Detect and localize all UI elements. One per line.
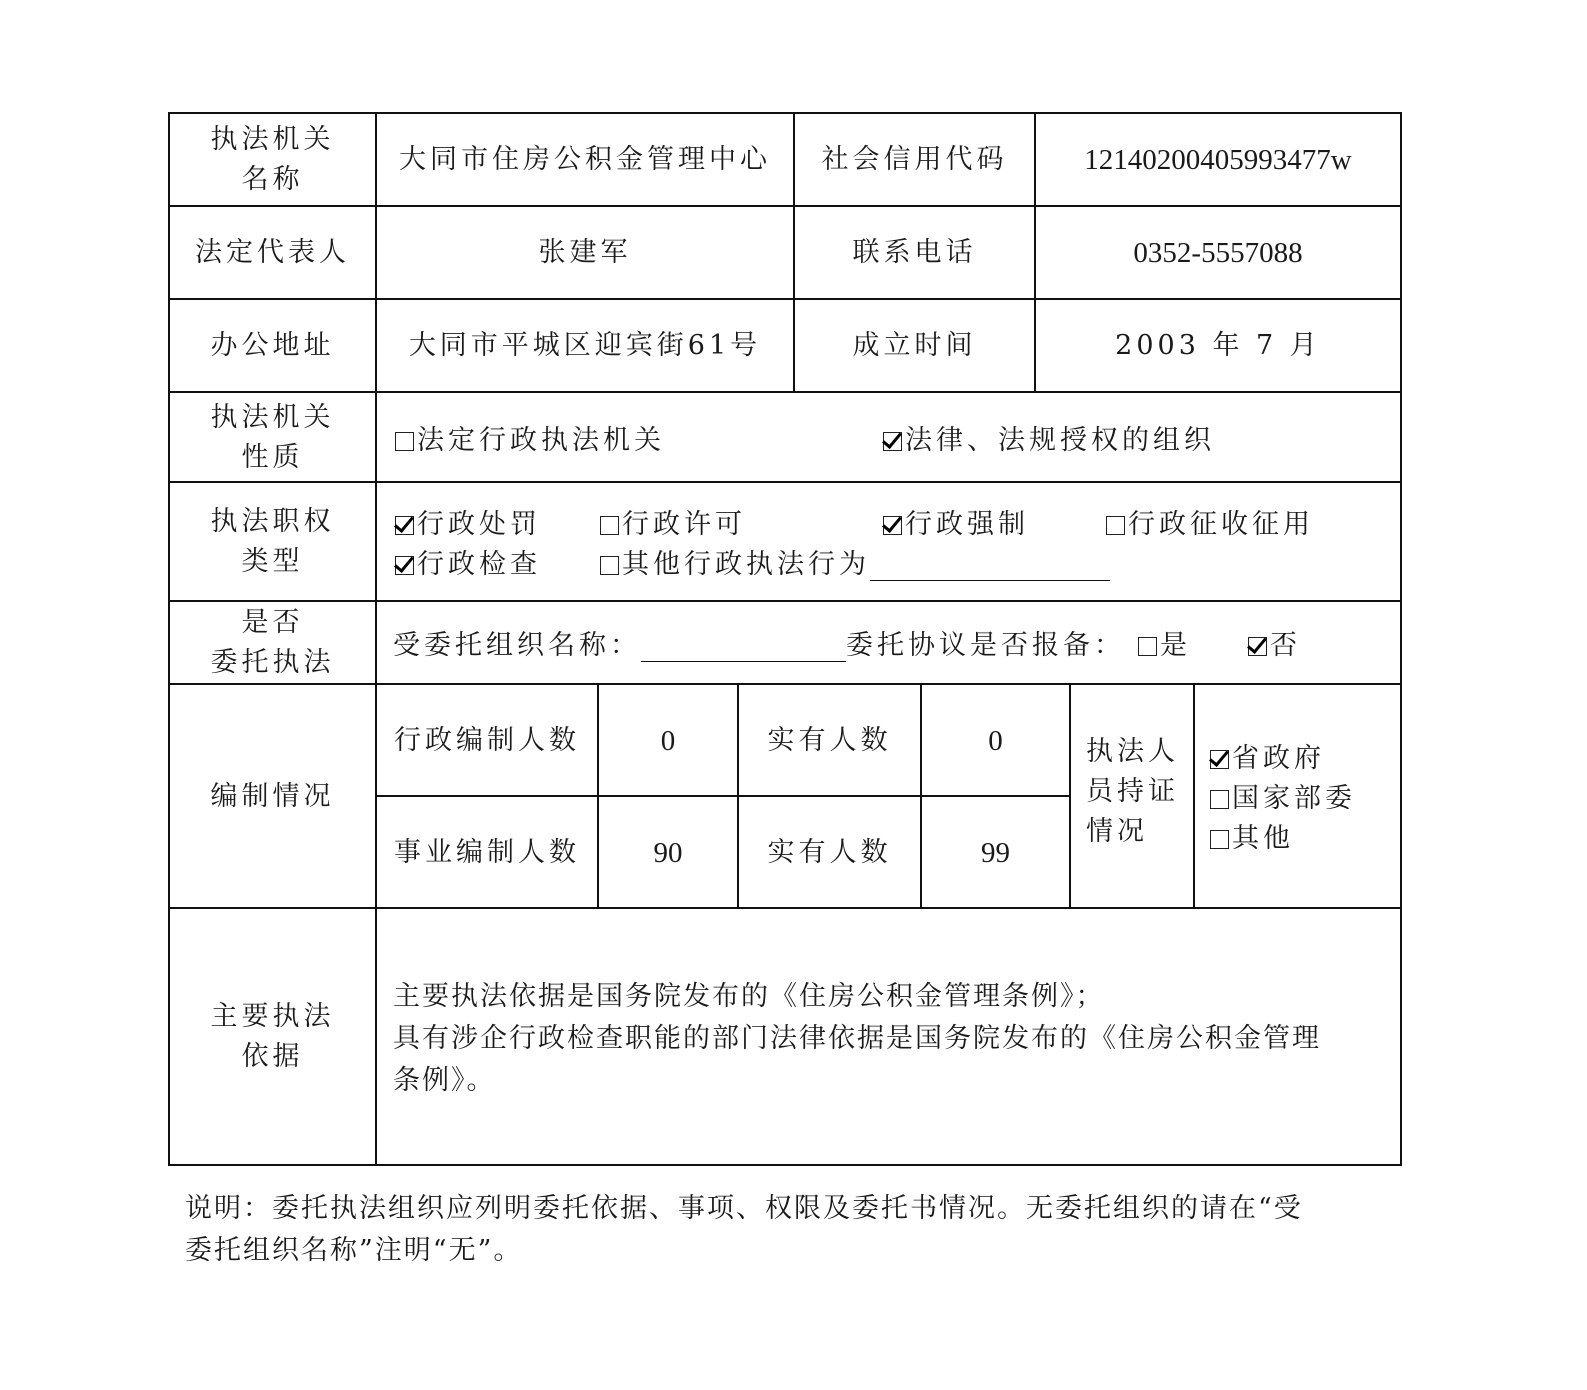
checkbox-checked-icon[interactable]: [883, 432, 902, 451]
legal-rep-label: 法定代表人: [170, 207, 375, 299]
cert-option-other[interactable]: 其他: [1210, 816, 1294, 855]
option-label: 法定行政执法机关: [417, 425, 665, 456]
label-line: 执法职权: [211, 502, 335, 542]
option-label: 否: [1270, 630, 1301, 661]
entrusted-org-label: 受委托组织名称：: [393, 630, 641, 661]
institution-actual-label: 实有人数: [739, 797, 920, 908]
other-authority-blank[interactable]: [870, 552, 1110, 581]
institution-actual-value: 99: [922, 797, 1069, 908]
option-label: 省政府: [1232, 743, 1325, 774]
label-line: 执法机关: [211, 120, 335, 160]
phone-value: 0352-5557088: [1036, 207, 1400, 299]
option-label: 国家部委: [1232, 783, 1356, 814]
entrust-label: 是否 委托执法: [170, 602, 375, 684]
filed-option-yes[interactable]: 是: [1138, 623, 1191, 662]
certification-label: 执法人 员持证 情况: [1086, 685, 1193, 908]
checkbox-icon[interactable]: [395, 432, 414, 451]
label-line: 名称: [242, 160, 304, 200]
authority-option-expropriation[interactable]: 行政征收征用: [1106, 502, 1314, 541]
institution-quota-label: 事业编制人数: [377, 797, 597, 908]
basis-line: 具有涉企行政检查职能的部门法律依据是国务院发布的《住房公积金管理: [393, 1018, 1393, 1060]
authority-option-license[interactable]: 行政许可: [600, 502, 746, 541]
checkbox-checked-icon[interactable]: [883, 516, 902, 535]
staffing-label: 编制情况: [170, 685, 375, 908]
checkbox-icon[interactable]: [1106, 516, 1125, 535]
legal-rep-value: 张建军: [377, 207, 793, 299]
column-divider: [1069, 683, 1071, 909]
address-value: 大同市平城区迎宾街61号: [377, 300, 793, 392]
label-line: 是否: [242, 603, 304, 643]
admin-actual-value: 0: [922, 685, 1069, 796]
checkbox-icon[interactable]: [600, 516, 619, 535]
checkbox-checked-icon[interactable]: [1248, 637, 1267, 656]
credit-code-value: 12140200405993477w: [1036, 114, 1400, 206]
agency-name-value: 大同市住房公积金管理中心: [377, 114, 793, 206]
checkbox-icon[interactable]: [1210, 790, 1229, 809]
address-label: 办公地址: [170, 300, 375, 392]
credit-code-label: 社会信用代码: [795, 114, 1034, 206]
admin-actual-label: 实有人数: [739, 685, 920, 796]
label-line: 类型: [242, 542, 304, 582]
label-line: 依据: [242, 1037, 304, 1077]
option-label: 法律、法规授权的组织: [905, 425, 1215, 456]
legal-basis-text: 主要执法依据是国务院发布的《住房公积金管理条例》； 具有涉企行政检查职能的部门法…: [393, 976, 1393, 1102]
admin-quota-label: 行政编制人数: [377, 685, 597, 796]
agreement-filed-label: 委托协议是否报备：: [846, 630, 1125, 661]
agency-name-label: 执法机关 名称: [170, 114, 375, 206]
option-label: 其他: [1232, 823, 1294, 854]
authority-option-inspection[interactable]: 行政检查: [395, 542, 541, 581]
option-label: 其他行政执法行为: [622, 549, 870, 580]
form-note: 说明：委托执法组织应列明委托依据、事项、权限及委托书情况。无委托组织的请在“受 …: [185, 1188, 1395, 1272]
nature-option-statutory[interactable]: 法定行政执法机关: [395, 418, 665, 457]
checkbox-checked-icon[interactable]: [395, 516, 414, 535]
basis-line: 条例》。: [393, 1060, 1393, 1102]
option-label: 行政强制: [905, 509, 1029, 540]
table-border-right: [1400, 112, 1402, 1166]
institution-quota-value: 90: [599, 797, 737, 908]
option-label: 行政处罚: [417, 509, 541, 540]
checkbox-icon[interactable]: [1210, 830, 1229, 849]
established-label: 成立时间: [795, 300, 1034, 392]
filed-option-no[interactable]: 否: [1248, 623, 1301, 662]
note-line: 说明：委托执法组织应列明委托依据、事项、权限及委托书情况。无委托组织的请在“受: [185, 1188, 1395, 1230]
option-label: 是: [1160, 630, 1191, 661]
label-line: 委托执法: [211, 643, 335, 683]
label-line: 性质: [242, 438, 304, 478]
column-divider: [1193, 683, 1195, 909]
nature-option-authorized[interactable]: 法律、法规授权的组织: [883, 418, 1215, 457]
option-label: 行政许可: [622, 509, 746, 540]
cert-option-provincial[interactable]: 省政府: [1210, 736, 1325, 775]
checkbox-checked-icon[interactable]: [1210, 750, 1229, 769]
nature-label: 执法机关 性质: [170, 393, 375, 482]
established-value: 2003 年 7 月: [1036, 300, 1400, 392]
admin-quota-value: 0: [599, 685, 737, 796]
label-line: 主要执法: [211, 997, 335, 1037]
label-line: 执法机关: [211, 398, 335, 438]
option-label: 行政征收征用: [1128, 509, 1314, 540]
checkbox-icon[interactable]: [600, 556, 619, 575]
option-label: 行政检查: [417, 549, 541, 580]
entrusted-org-field: 受委托组织名称：委托协议是否报备：: [393, 623, 1125, 662]
checkbox-checked-icon[interactable]: [395, 556, 414, 575]
entrusted-org-blank[interactable]: [641, 633, 846, 662]
authority-option-penalty[interactable]: 行政处罚: [395, 502, 541, 541]
authority-option-enforcement[interactable]: 行政强制: [883, 502, 1029, 541]
phone-label: 联系电话: [795, 207, 1034, 299]
label-line: 情况: [1086, 812, 1148, 852]
legal-basis-label: 主要执法 依据: [170, 909, 375, 1165]
authority-option-other[interactable]: 其他行政执法行为: [600, 542, 1110, 581]
label-line: 执法人: [1086, 732, 1179, 772]
checkbox-icon[interactable]: [1138, 637, 1157, 656]
label-line: 员持证: [1086, 772, 1179, 812]
authority-types-label: 执法职权 类型: [170, 483, 375, 601]
basis-line: 主要执法依据是国务院发布的《住房公积金管理条例》；: [393, 976, 1393, 1018]
note-line: 委托组织名称”注明“无”。: [185, 1230, 1395, 1272]
cert-option-ministry[interactable]: 国家部委: [1210, 776, 1356, 815]
